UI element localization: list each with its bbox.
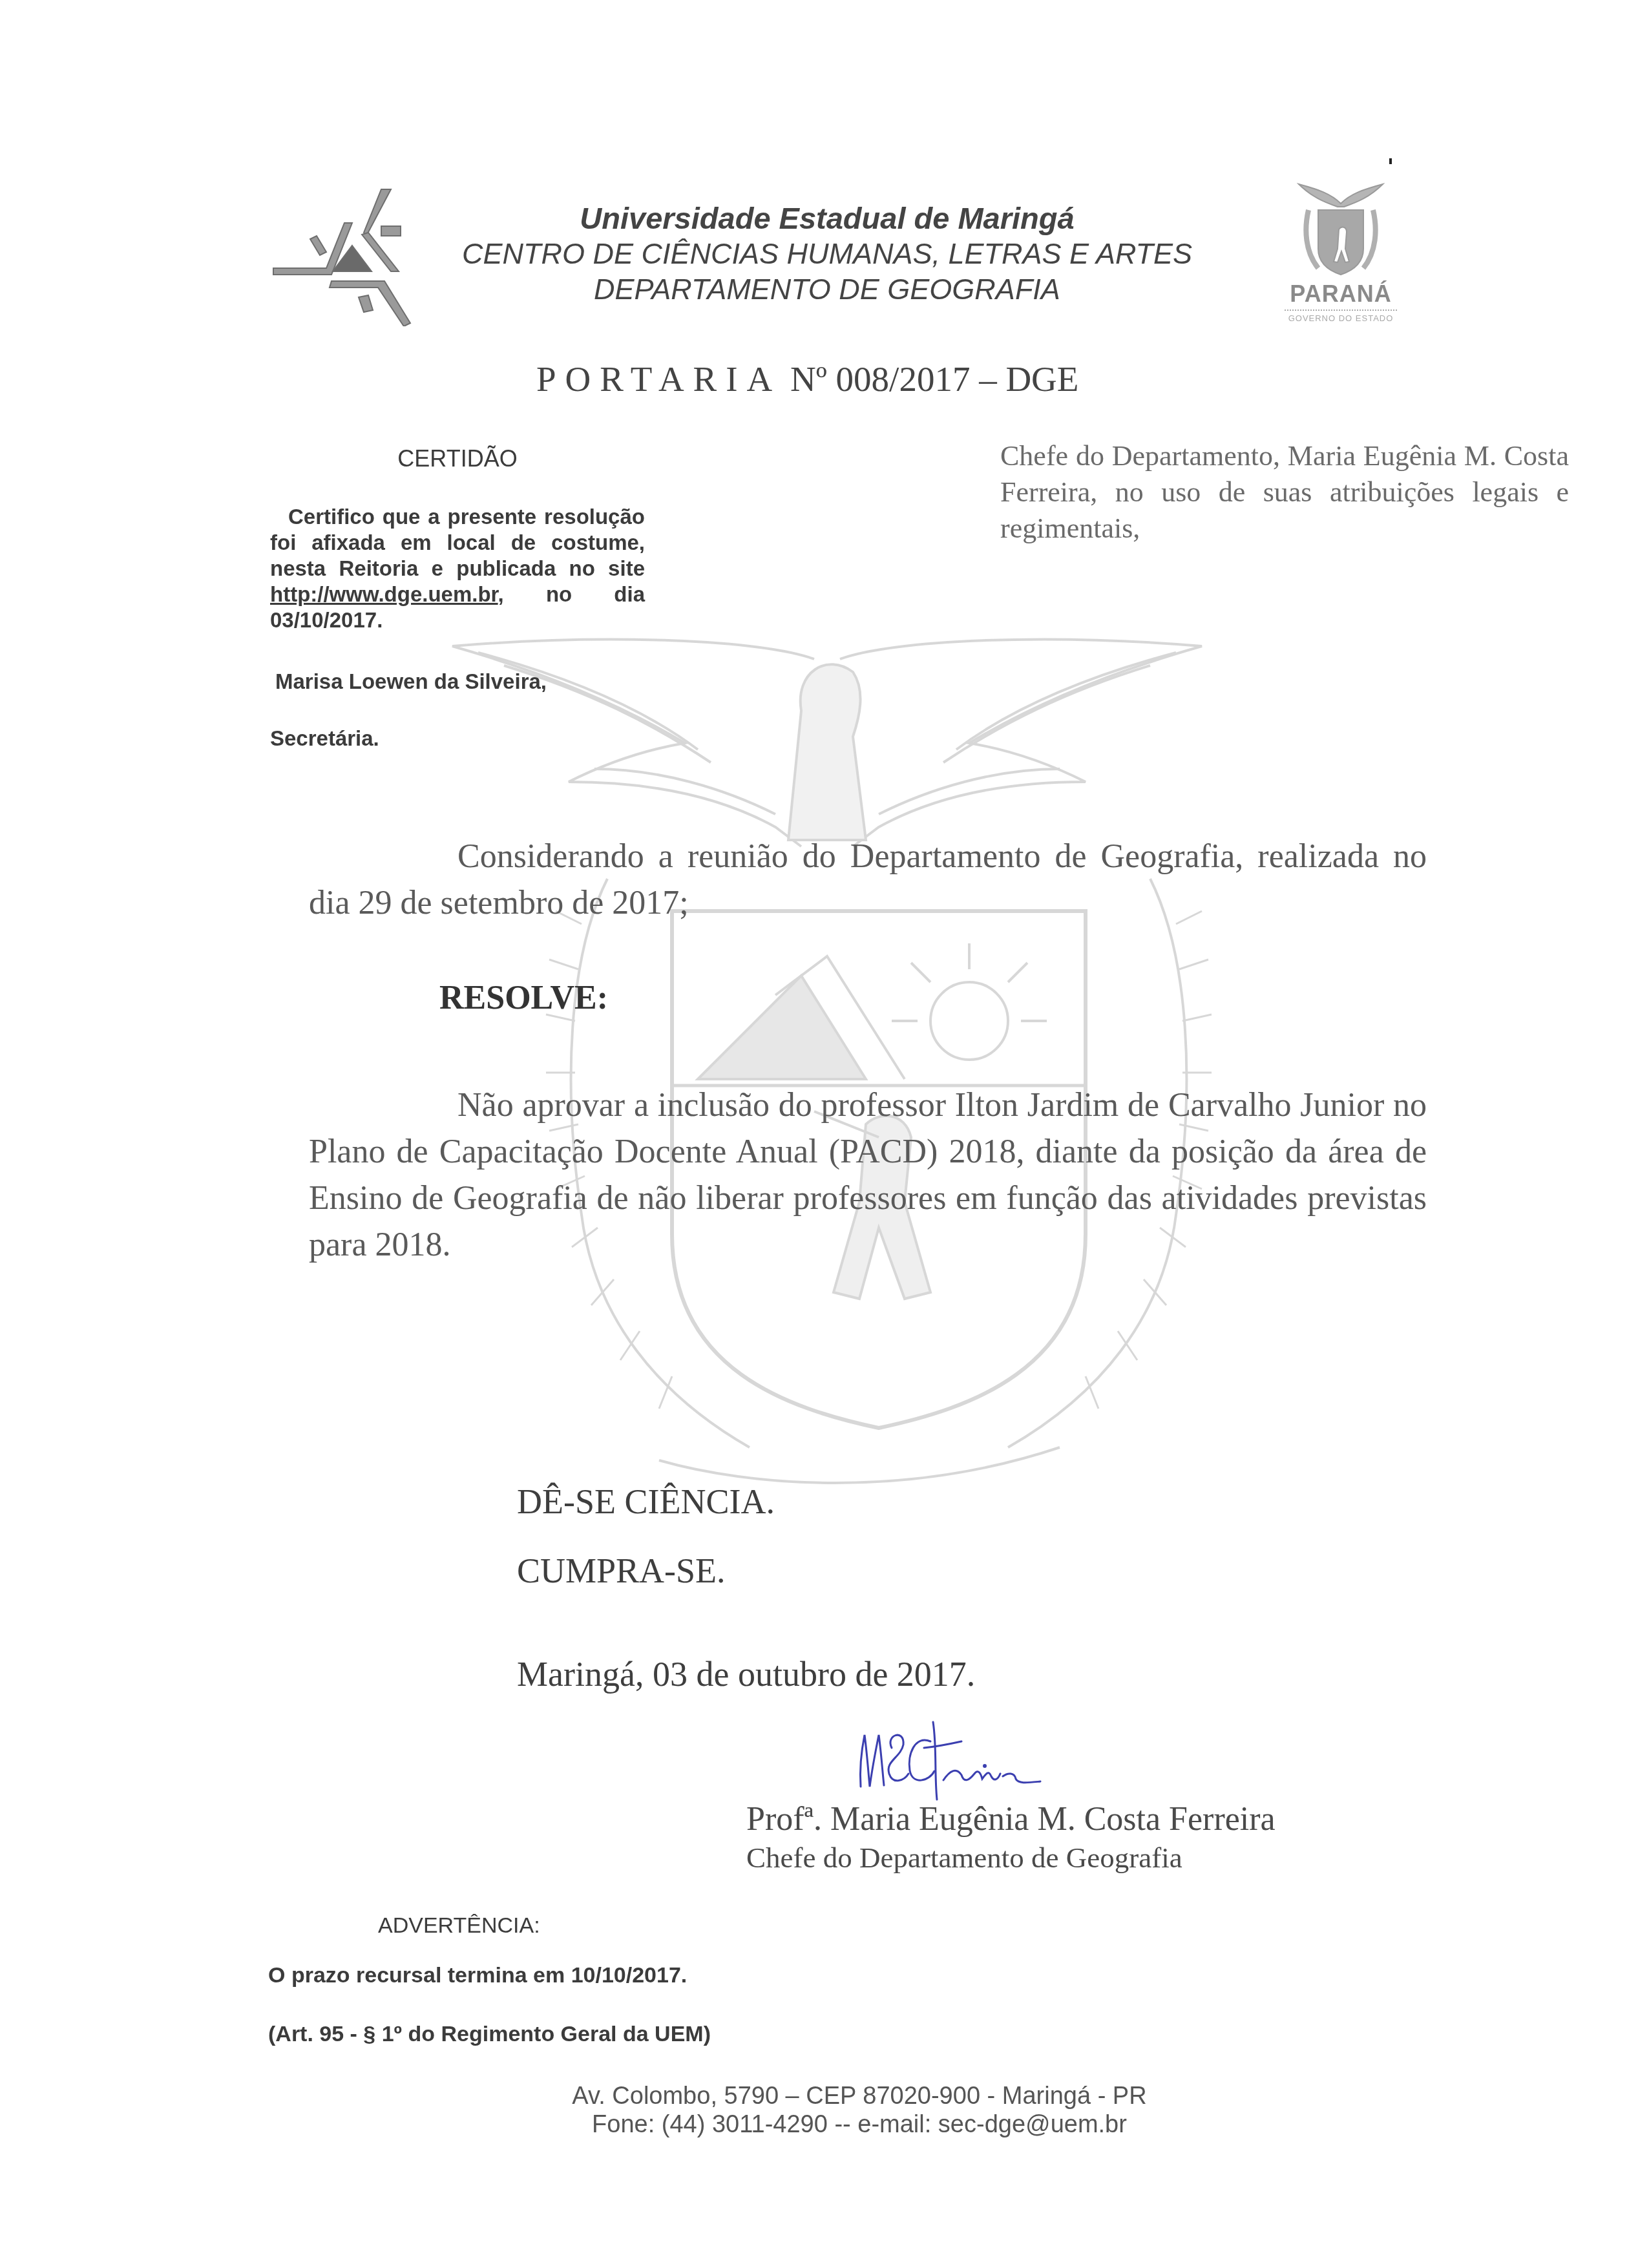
parana-name: PARANÁ [1279,281,1402,307]
certidao-title: CERTIDÃO [270,446,645,472]
department-name: DEPARTAMENTO DE GEOGRAFIA [414,271,1241,307]
preamble: Chefe do Departamento, Maria Eugênia M. … [1000,438,1569,547]
footer-contact: Fone: (44) 3011-4290 -- e-mail: sec-dge@… [504,2110,1215,2139]
handwritten-signature-icon [853,1709,1098,1806]
footer-address: Av. Colombo, 5790 – CEP 87020-900 - Mari… [504,2082,1215,2110]
dge-site-link[interactable]: http://www.dge.uem.br [270,582,498,606]
prazo-recursal: O prazo recursal termina em 10/10/2017. [268,1963,711,1988]
parana-coat-of-arms-watermark-icon [414,633,1241,1512]
university-name: Universidade Estadual de Maringá [414,200,1241,236]
certidao-body: Certifico que a presente resolução foi a… [270,504,645,633]
signer-block: Profª. Maria Eugênia M. Costa Ferreira C… [746,1800,1276,1876]
certidao-text: Certifico que a presente resolução foi a… [270,505,645,580]
signer-role: Chefe do Departamento de Geografia [746,1840,1276,1876]
resolution-text: Não aprovar a inclusão do professor Ilto… [309,1082,1427,1268]
title-number: Nº 008/2017 – DGE [790,359,1078,399]
certidao-signer: Marisa Loewen da Silveira, [270,669,645,695]
signer-name: Profª. Maria Eugênia M. Costa Ferreira [746,1800,1276,1840]
advertencia-block: ADVERTÊNCIA: O prazo recursal termina em… [268,1913,711,2047]
scan-speck [1389,158,1392,164]
parana-coat-of-arms-icon [1292,178,1389,281]
place-date: Maringá, 03 de outubro de 2017. [517,1654,975,1694]
advertencia-label: ADVERTÊNCIA: [268,1913,711,1938]
uem-logo-icon [262,171,414,326]
footer: Av. Colombo, 5790 – CEP 87020-900 - Mari… [504,2082,1215,2139]
closing-line-1: DÊ-SE CIÊNCIA. [517,1482,775,1522]
considerando-paragraph: Considerando a reunião do Departamento d… [309,834,1427,927]
center-name: CENTRO DE CIÊNCIAS HUMANAS, LETRAS E ART… [414,236,1241,271]
resolution-paragraph: Não aprovar a inclusão do professor Ilto… [309,1082,1427,1268]
institution-header: Universidade Estadual de Maringá CENTRO … [414,200,1241,307]
parana-subtitle: GOVERNO DO ESTADO [1279,313,1402,323]
parana-logo: PARANÁ GOVERNO DO ESTADO [1279,178,1402,339]
divider [1285,310,1397,311]
document-title: PORTARIA Nº 008/2017 – DGE [536,359,1182,399]
closing-line-2: CUMPRA-SE. [517,1551,726,1591]
considerando-text: Considerando a reunião do Departamento d… [309,834,1427,927]
regimento-article: (Art. 95 - § 1º do Regimento Geral da UE… [268,2022,711,2047]
title-prefix: PORTARIA [536,359,781,399]
resolve-heading: RESOLVE: [439,979,608,1017]
certidao-role: Secretária. [270,726,645,751]
certidao-block: CERTIDÃO Certifico que a presente resolu… [270,446,645,751]
